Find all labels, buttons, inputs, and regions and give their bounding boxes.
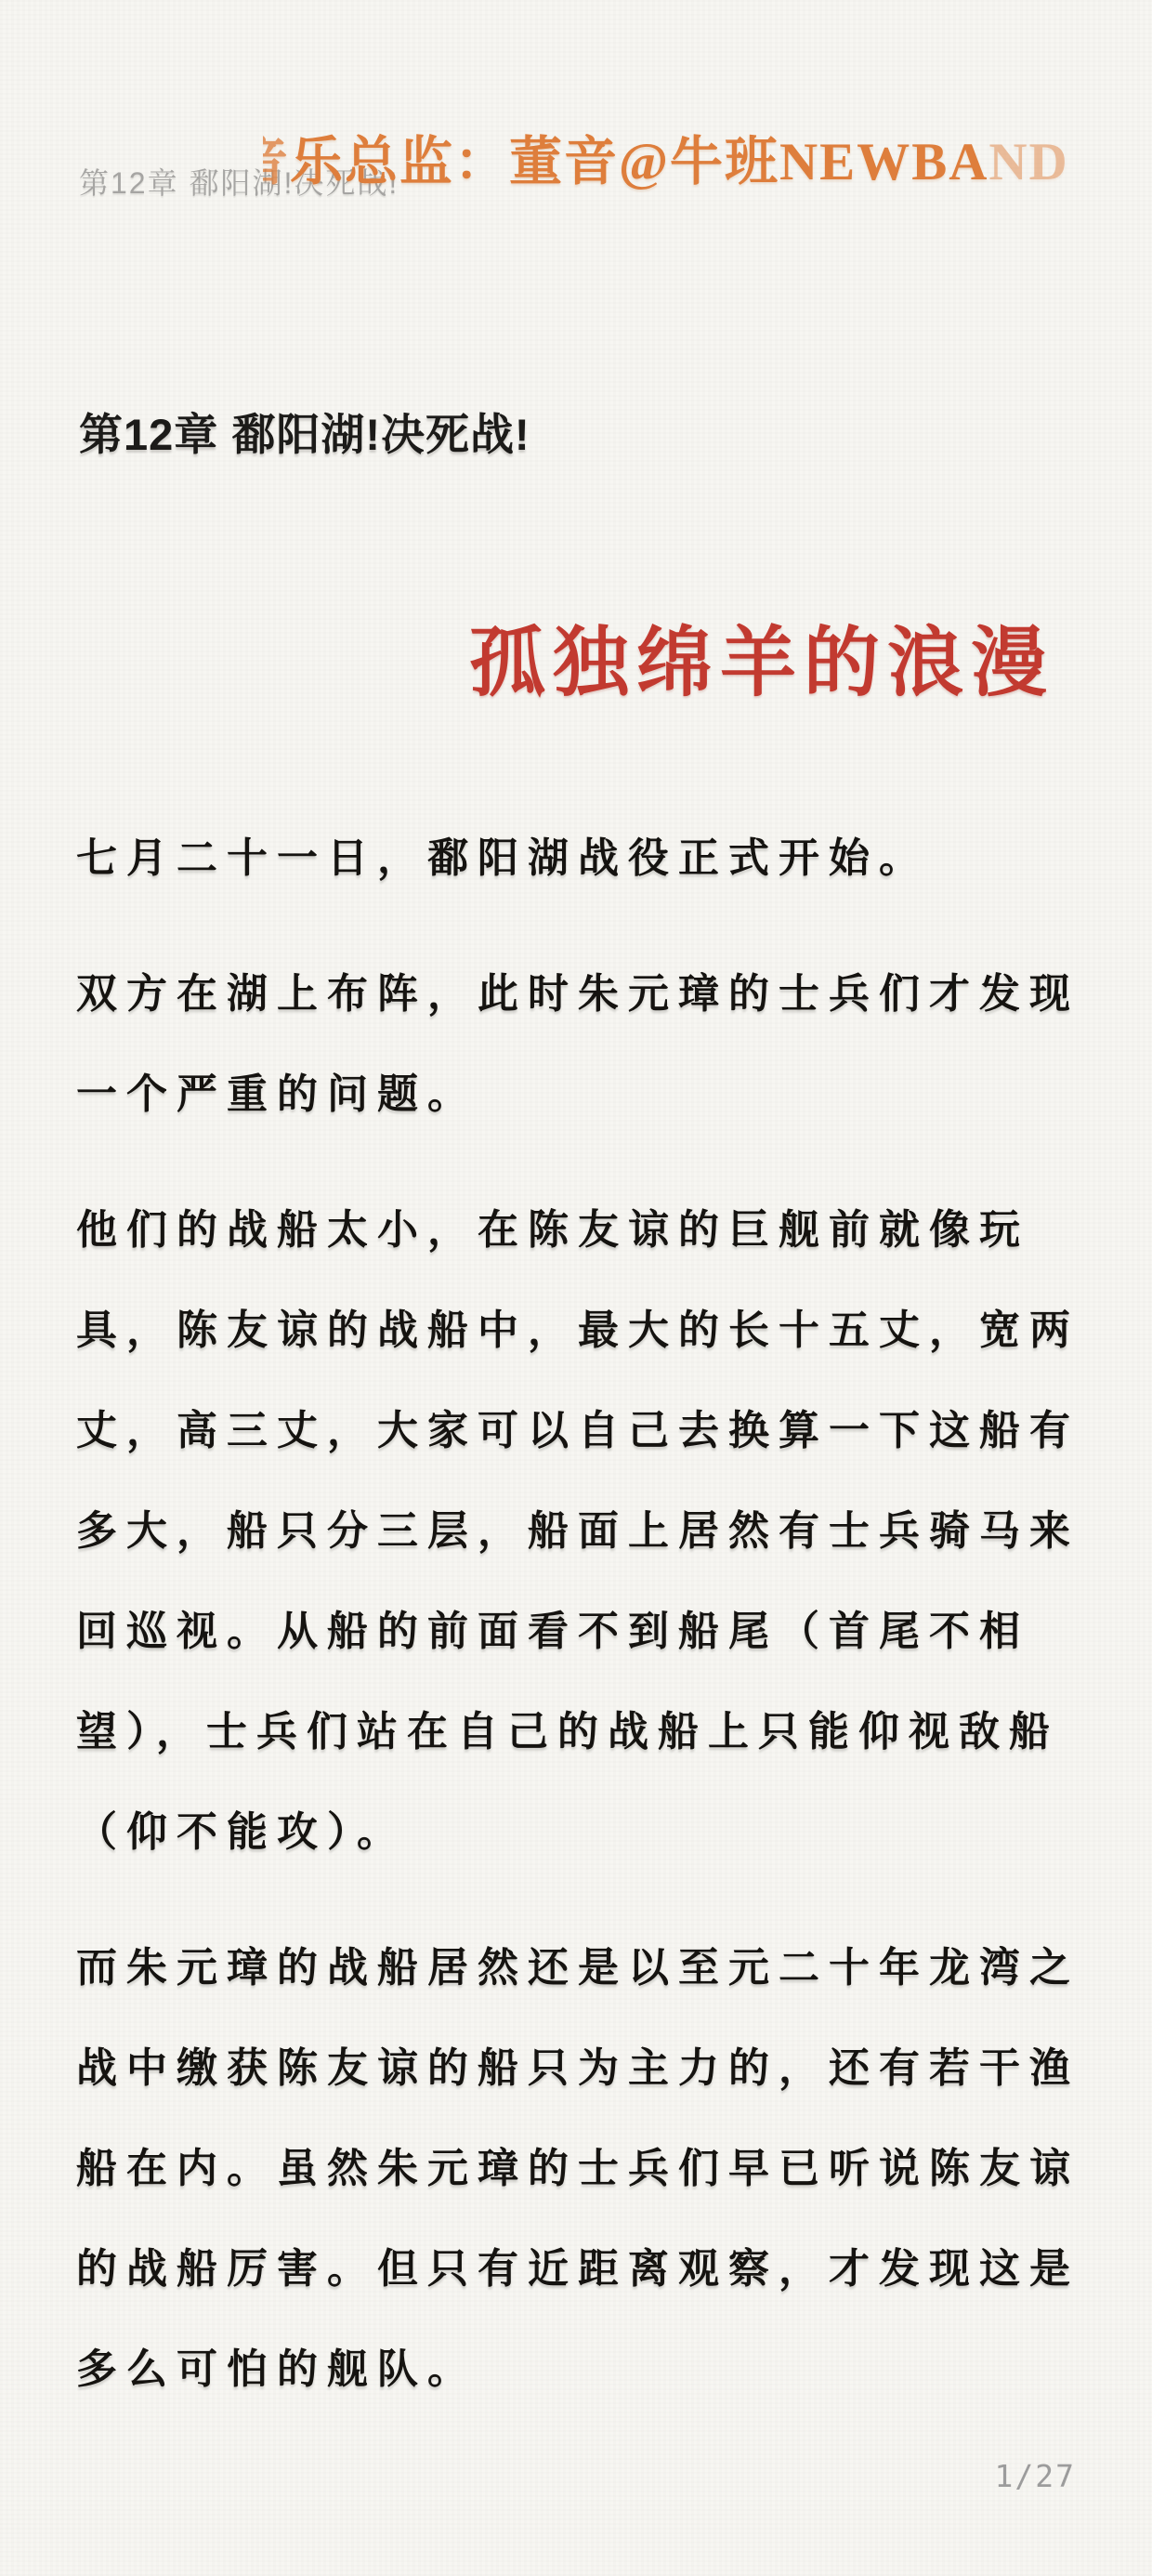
reader-page[interactable]: 第12章 鄱阳湖!决死战! 音乐总监：董音@牛班NEWBAND 第12章 鄱阳湖… [0,0,1152,2576]
paragraph-2: 双方在湖上布阵，此时朱元璋的士兵们才发现一个严重的问题。 [76,944,1098,1145]
music-director-watermark: 音乐总监：董音@牛班NEWBAND [263,119,1069,195]
chapter-title: 第12章 鄱阳湖!决死战! [79,401,530,463]
page-number: 1/27 [995,2458,1076,2494]
paragraph-1: 七月二十一日，鄱阳湖战役正式开始。 [76,808,1098,909]
calligraphy-watermark: 孤独绵羊的浪漫 [469,602,1054,711]
paragraph-4: 而朱元璋的战船居然还是以至元二十年龙湾之战中缴获陈友谅的船只为主力的，还有若干渔… [76,1918,1098,2420]
paragraph-3: 他们的战船太小，在陈友谅的巨舰前就像玩具，陈友谅的战船中，最大的长十五丈，宽两丈… [76,1180,1098,1883]
watermark-main: 乐总监：董音@牛班NEWBA [290,133,988,191]
watermark-faded-start: 音 [263,119,290,195]
watermark-faded-end: ND [988,133,1068,191]
body-paragraphs: 七月二十一日，鄱阳湖战役正式开始。 双方在湖上布阵，此时朱元璋的士兵们才发现一个… [76,808,1098,2455]
